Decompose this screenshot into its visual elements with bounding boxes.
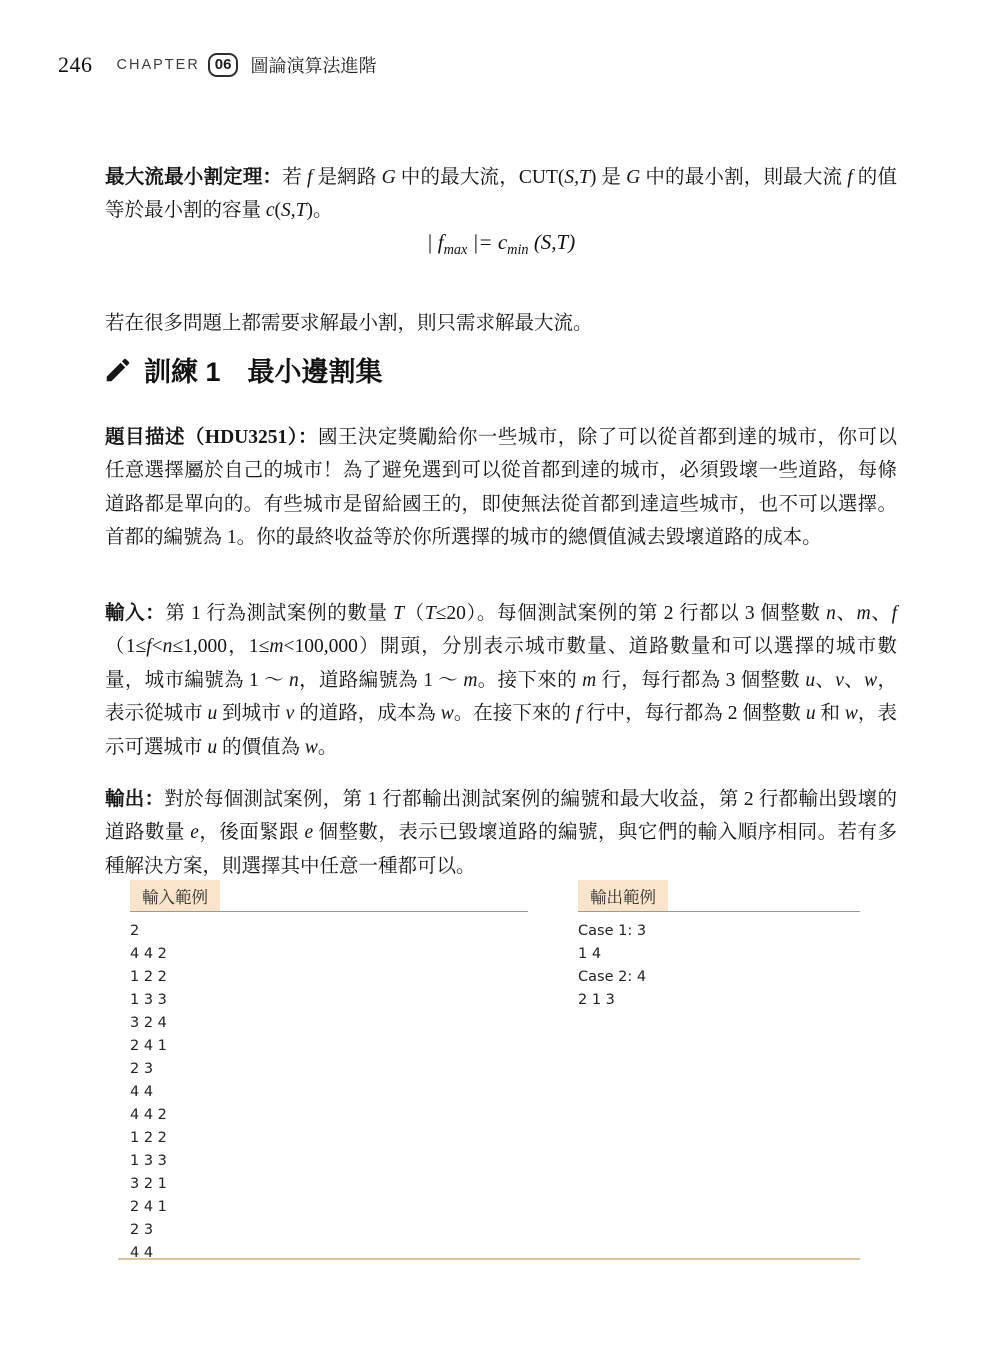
sample-line: 2 4 1 [130, 1035, 528, 1058]
text-segment: 第 1 行為測試案例的數量 [165, 603, 393, 624]
text-segment: ≤1,000，1≤ [172, 636, 269, 657]
sample-line: 3 2 1 [130, 1173, 528, 1196]
text-segment: m [582, 670, 596, 691]
text-segment: n [163, 636, 173, 657]
input-spec: 輸入：第 1 行為測試案例的數量 T（T≤20）。每個測試案例的第 2 行都以 … [105, 597, 897, 765]
theorem-paragraph: 最大流最小割定理：若 f​ 是網路 G 中的最大流，CUT(S,T) 是 G 中… [105, 161, 897, 228]
text-segment: 輸出： [105, 789, 164, 810]
text-segment: e [190, 822, 199, 843]
text-segment: G [382, 167, 396, 188]
output-spec: 輸出：對於每個測試案例，第 1 行都輸出測試案例的編號和最大收益，第 2 行都輸… [105, 783, 897, 884]
text-segment: 中的最小割，則最大流 [640, 167, 847, 188]
text-segment: 最大流最小割定理： [105, 167, 282, 188]
sample-output-lines: Case 1: 31 4Case 2: 42 1 3 [578, 920, 860, 1012]
sample-line: Case 2: 4 [578, 966, 860, 989]
text-segment: 。接下來的 [477, 670, 582, 691]
text-segment: （ [404, 603, 425, 624]
text-segment: S,T [281, 200, 306, 221]
sample-line: 2 4 1 [130, 1196, 528, 1219]
sample-line: 1 2 2 [130, 1127, 528, 1150]
text-segment: 、 [836, 603, 857, 624]
text-segment: w [305, 737, 318, 758]
sample-line: 1 2 2 [130, 966, 528, 989]
text-segment: u [207, 737, 217, 758]
text-segment: (S,T) [529, 230, 576, 254]
text-segment: ，道路編號為 1 ～ [299, 670, 464, 691]
text-segment: < [152, 636, 163, 657]
text-segment: ) 是 [590, 167, 626, 188]
sample-line: 1 3 3 [130, 1150, 528, 1173]
sample-output-header: 輸出範例 [578, 880, 860, 912]
text-segment: e [304, 822, 313, 843]
max-flow-min-cut-formula: | fmax |= cmin (S,T) [105, 230, 897, 259]
text-segment: n [289, 670, 299, 691]
text-segment: G [626, 167, 640, 188]
text-segment: u [806, 703, 816, 724]
text-segment: 的價值為 [217, 737, 305, 758]
text-segment: 到城市 [217, 703, 285, 724]
sample-output-column: 輸出範例 Case 1: 31 4Case 2: 42 1 3 [578, 880, 860, 1265]
text-segment: | f [427, 230, 444, 254]
text-segment: 行，每行都為 3 個整數 [596, 670, 805, 691]
sample-line: 2 3 [130, 1058, 528, 1081]
samples-section: 輸入範例 24 4 21 2 21 3 33 2 42 4 12 34 44 4… [130, 880, 860, 1265]
sample-line: Case 1: 3 [578, 920, 860, 943]
sample-input-column: 輸入範例 24 4 21 2 21 3 33 2 42 4 12 34 44 4… [130, 880, 528, 1265]
text-segment: v [286, 703, 295, 724]
text-segment: （1≤ [105, 636, 146, 657]
sample-line: 4 4 2 [130, 943, 528, 966]
text-segment: ​ 是網路 [312, 167, 381, 188]
text-segment: n [826, 603, 836, 624]
text-segment: 行中，每行都為 2 個整數 [581, 703, 806, 724]
bottom-rule [118, 1258, 860, 1260]
training-heading: 訓練 1 最小邊割集 [103, 350, 383, 389]
text-segment: S,T [564, 167, 589, 188]
text-segment: f [892, 603, 897, 624]
sample-line: 2 [130, 920, 528, 943]
text-segment: 。在接下來的 [454, 703, 576, 724]
text-segment: c [266, 200, 275, 221]
text-segment: w [441, 703, 454, 724]
sample-line: 4 4 2 [130, 1104, 528, 1127]
sample-line: 4 4 [130, 1081, 528, 1104]
pencil-icon [103, 355, 133, 385]
text-segment: 、 [815, 670, 835, 691]
text-segment: v [835, 670, 844, 691]
text-segment: m [269, 636, 283, 657]
text-segment: )。 [307, 200, 333, 221]
text-segment: max [444, 242, 468, 258]
sample-line: 2 3 [130, 1219, 528, 1242]
text-segment: m [857, 603, 871, 624]
sample-input-label: 輸入範例 [130, 880, 220, 911]
text-segment: u [805, 670, 815, 691]
problem-description: 題目描述（HDU3251）：國王決定獎勵給你一些城市，除了可以從首都到達的城市，… [105, 421, 897, 555]
chapter-title: 圖論演算法進階 [250, 52, 376, 78]
text-segment: T [425, 603, 436, 624]
text-segment: 和 [816, 703, 845, 724]
text-segment: 。 [318, 737, 338, 758]
book-page: 246 CHAPTER 06 圖論演算法進階 最大流最小割定理：若 f​ 是網路… [0, 0, 1000, 1353]
text-segment: m [463, 670, 477, 691]
text-segment: ，後面緊跟 [199, 822, 305, 843]
text-segment: 題目描述（HDU3251）： [105, 427, 318, 448]
sample-input-lines: 24 4 21 2 21 3 33 2 42 4 12 34 44 4 21 2… [130, 920, 528, 1265]
sample-input-header: 輸入範例 [130, 880, 528, 912]
text-segment: ≤20）。每個測試案例的第 2 行都以 3 個整數 [436, 603, 826, 624]
chapter-label: CHAPTER [117, 57, 200, 73]
sample-line: 1 4 [578, 943, 860, 966]
sample-line: 1 3 3 [130, 989, 528, 1012]
text-segment: 輸入： [105, 603, 165, 624]
sample-output-label: 輸出範例 [578, 880, 668, 911]
page-number: 246 [58, 52, 93, 78]
text-segment: 中的最大流，CUT( [396, 167, 565, 188]
note-paragraph: 若在很多問題上都需要求解最小割，則只需求解最大流。 [105, 307, 897, 341]
sample-line: 2 1 3 [578, 989, 860, 1012]
text-segment: 、 [871, 603, 892, 624]
sample-line: 3 2 4 [130, 1012, 528, 1035]
training-title: 訓練 1 最小邊割集 [144, 350, 383, 389]
text-segment: 的道路，成本為 [294, 703, 440, 724]
text-segment: w [845, 703, 858, 724]
page-header: 246 CHAPTER 06 圖論演算法進階 [58, 52, 376, 78]
text-segment: 若 [282, 167, 307, 188]
text-segment: u [208, 703, 218, 724]
text-segment: |= c [467, 230, 507, 254]
sample-line: 4 4 [130, 1242, 528, 1265]
text-segment: 、 [844, 670, 864, 691]
text-segment: T [393, 603, 404, 624]
text-segment: min [507, 242, 528, 258]
chapter-number-badge: 06 [208, 53, 239, 77]
text-segment: w [864, 670, 877, 691]
